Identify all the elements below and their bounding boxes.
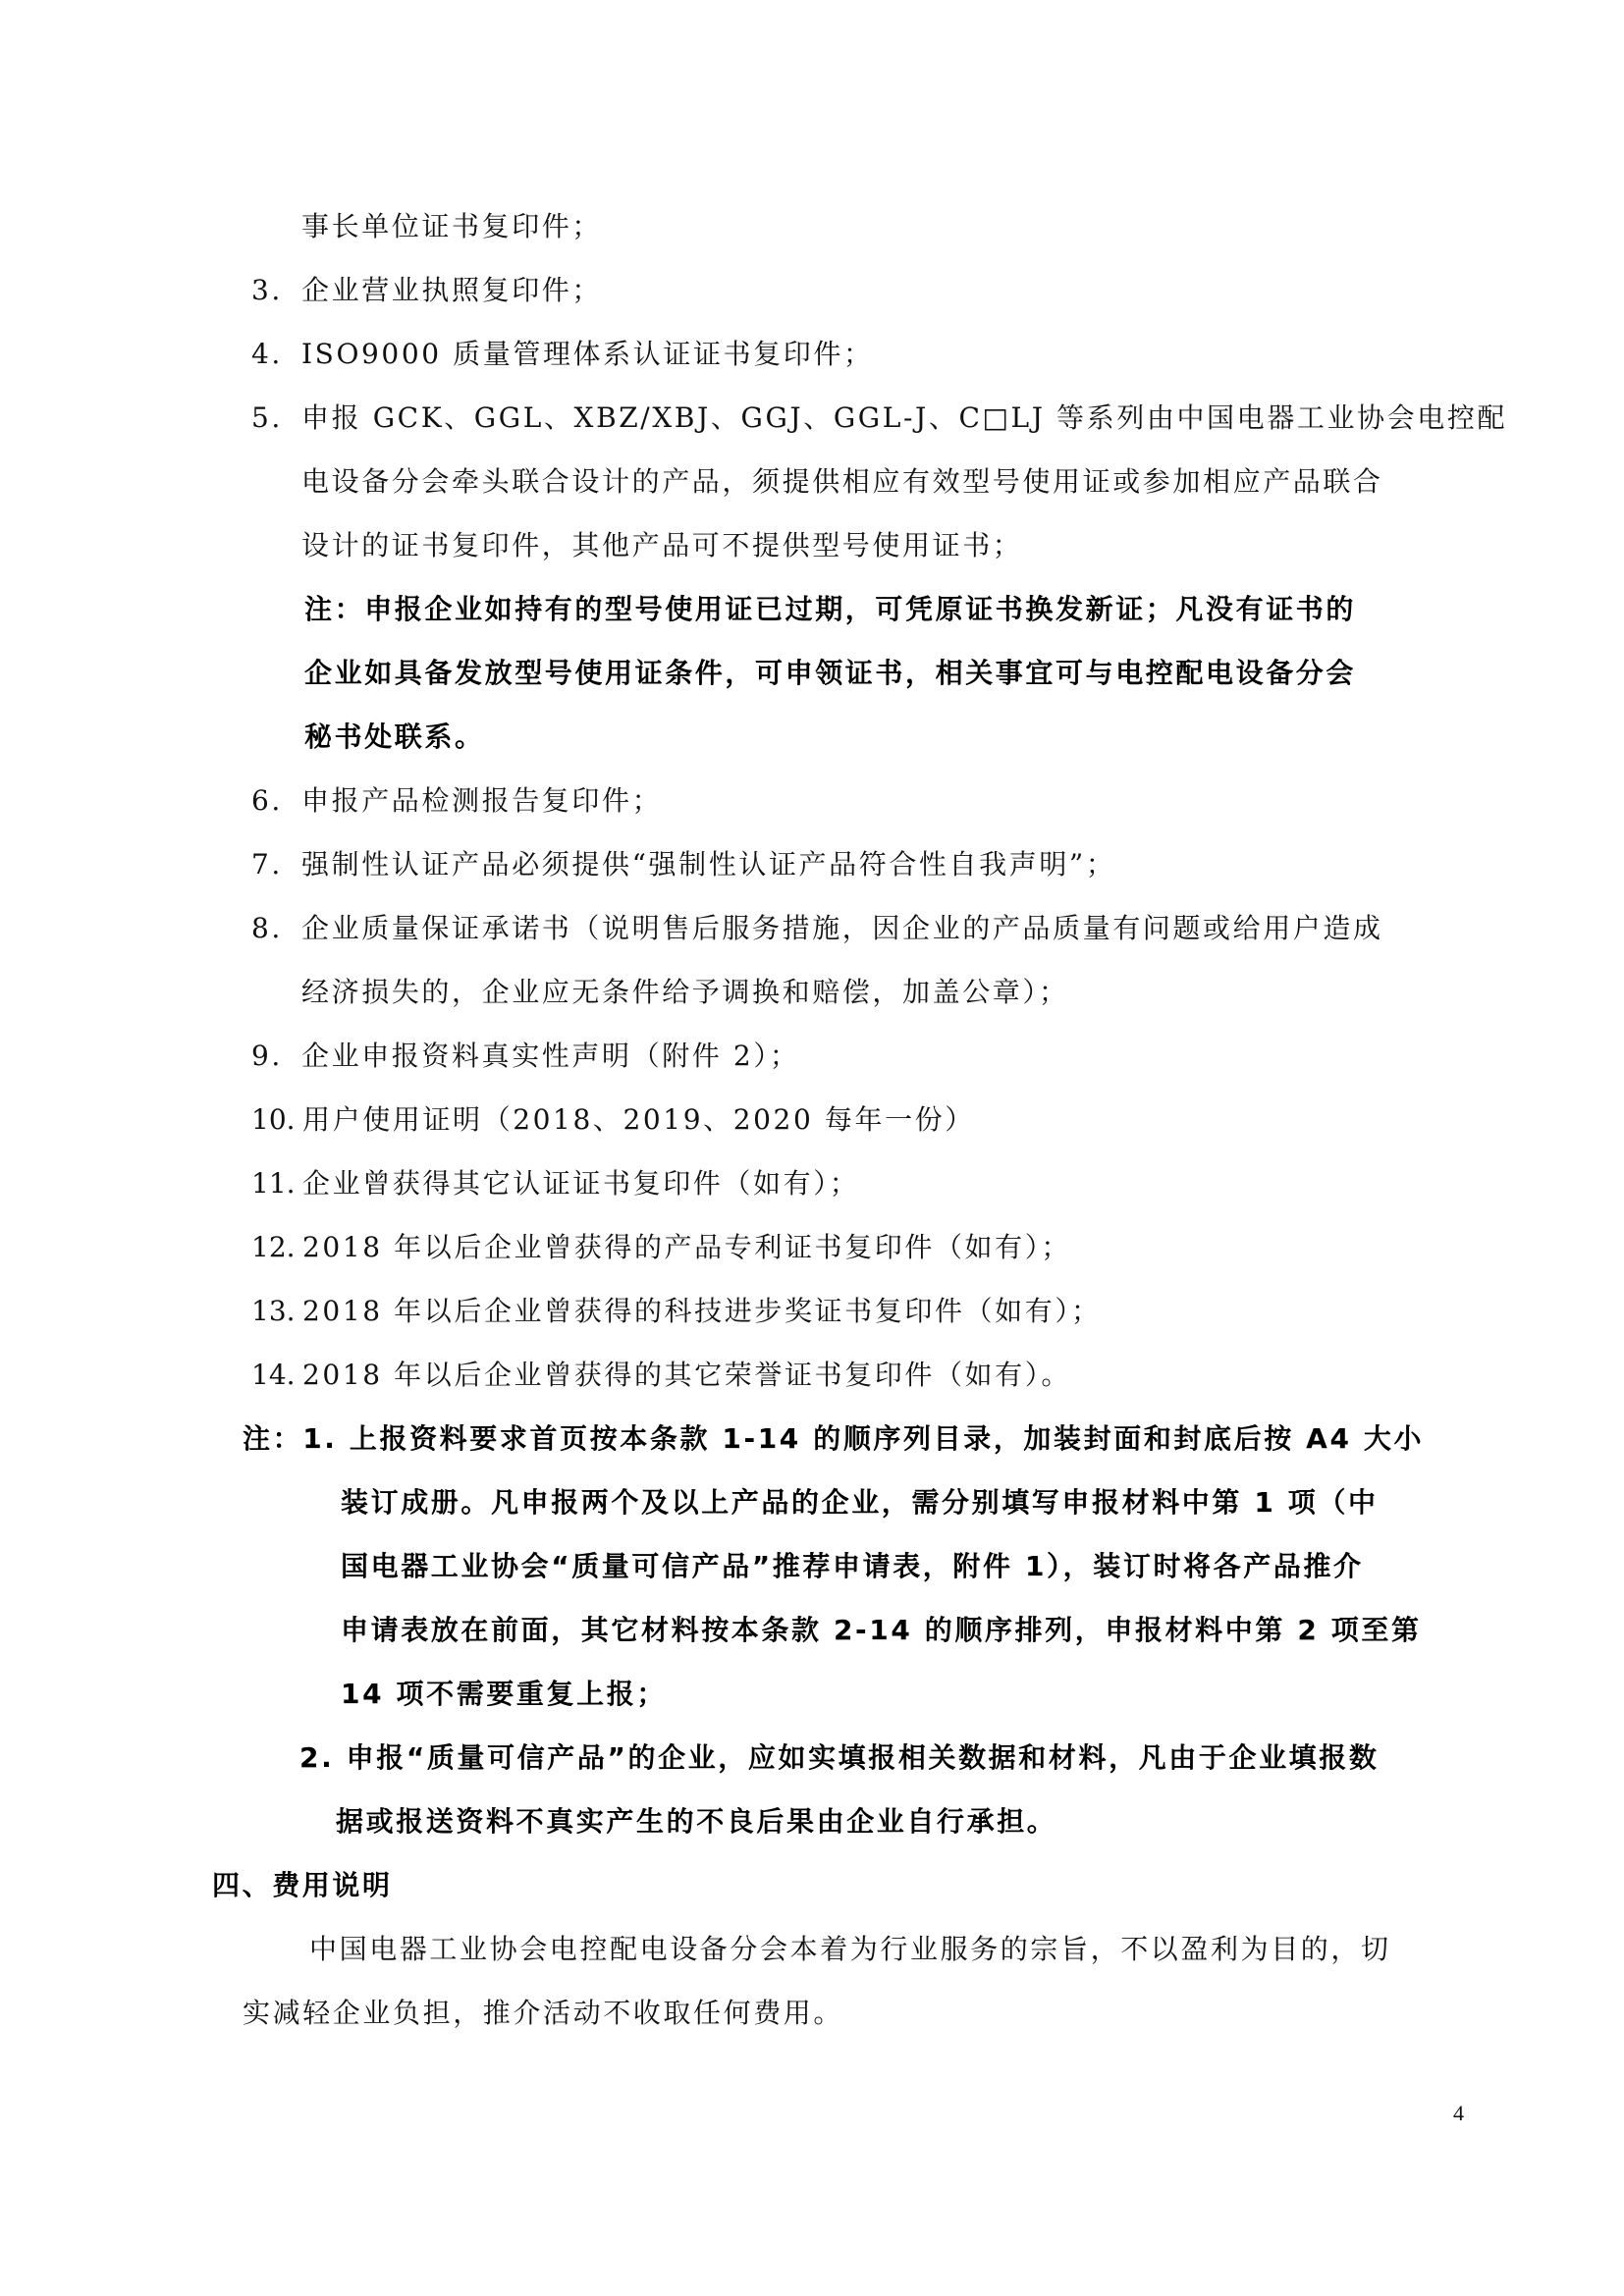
section-paragraph-line-2: 实减轻企业负担，推介活动不收取任何费用。 xyxy=(243,1981,843,2045)
note-prefix: 注： xyxy=(243,1422,302,1455)
list-item-7: 7.强制性认证产品必须提供“强制性认证产品符合性自我声明”； xyxy=(251,832,1115,896)
section-heading: 四、费用说明 xyxy=(212,1853,393,1917)
item-5-note-line-3: 秘书处联系。 xyxy=(304,705,485,769)
item-5-note-line-2: 企业如具备发放型号使用证条件，可申领证书，相关事宜可与电控配电设备分会 xyxy=(304,641,1356,705)
list-item-4: 4.ISO9000 质量管理体系认证证书复印件； xyxy=(251,322,874,386)
item-5-note-line-1: 注：申报企业如持有的型号使用证已过期，可凭原证书换发新证；凡没有证书的 xyxy=(304,577,1356,641)
note-1-line-1: 注：1. 上报资料要求首页按本条款 1-14 的顺序列目录，加装封面和封底后按 … xyxy=(243,1407,1424,1470)
item-number: 9. xyxy=(251,1024,301,1088)
list-item-5: 5.申报 GCK、GGL、XBZ/XBJ、GGJ、GGL-J、C□LJ 等系列由… xyxy=(251,386,1507,450)
list-item-6: 6.申报产品检测报告复印件； xyxy=(251,769,662,832)
item-number: 11. xyxy=(251,1151,302,1215)
item-text: 用户使用证明（2018、2019、2020 每年一份） xyxy=(302,1103,975,1136)
list-item-10: 10.用户使用证明（2018、2019、2020 每年一份） xyxy=(251,1088,975,1151)
list-item-9: 9.企业申报资料真实性声明（附件 2）； xyxy=(251,1024,800,1088)
item-text: 2018 年以后企业曾获得的其它荣誉证书复印件（如有）。 xyxy=(302,1359,1071,1391)
note-1-line-4: 申请表放在前面，其它材料按本条款 2-14 的顺序排列，申报材料中第 2 项至第 xyxy=(341,1598,1422,1662)
item-number: 4. xyxy=(251,322,301,386)
item-number: 6. xyxy=(251,769,301,832)
note-2-line-1: 2. 申报“质量可信产品”的企业，应如实填报相关数据和材料，凡由于企业填报数 xyxy=(299,1726,1379,1789)
list-item-3: 3.企业营业执照复印件； xyxy=(251,258,602,322)
list-item-11: 11.企业曾获得其它认证证书复印件（如有）； xyxy=(251,1151,859,1215)
list-item-8: 8.企业质量保证承诺书（说明售后服务措施，因企业的产品质量有问题或给用户造成 xyxy=(251,896,1383,960)
item-text: 企业曾获得其它认证证书复印件（如有）； xyxy=(302,1167,859,1200)
item-number: 7. xyxy=(251,832,301,896)
item-2-continuation: 事长单位证书复印件； xyxy=(301,194,602,258)
item-text: 2018 年以后企业曾获得的产品专利证书复印件（如有）； xyxy=(302,1231,1071,1263)
item-number: 14. xyxy=(251,1343,302,1407)
item-text: 企业营业执照复印件； xyxy=(301,274,602,306)
item-text: 申报 GCK、GGL、XBZ/XBJ、GGJ、GGL-J、C□LJ 等系列由中国… xyxy=(301,401,1507,434)
list-item-14: 14.2018 年以后企业曾获得的其它荣誉证书复印件（如有）。 xyxy=(251,1343,1071,1407)
item-text: 申报产品检测报告复印件； xyxy=(301,784,662,817)
list-item-5-line-3: 设计的证书复印件，其他产品可不提供型号使用证书； xyxy=(301,513,1022,577)
note-1-line-3: 国电器工业协会“质量可信产品”推荐申请表，附件 1），装订时将各产品推介 xyxy=(341,1534,1364,1598)
note-2-line-2: 据或报送资料不真实产生的不良后果由企业自行承担。 xyxy=(336,1789,1056,1853)
note-1-line-5: 14 项不需要重复上报； xyxy=(341,1662,667,1726)
list-item-8-line-2: 经济损失的，企业应无条件给予调换和赔偿，加盖公章）； xyxy=(301,960,1069,1024)
item-text: ISO9000 质量管理体系认证证书复印件； xyxy=(301,338,874,370)
item-text: 2018 年以后企业曾获得的科技进步奖证书复印件（如有）； xyxy=(302,1295,1102,1327)
item-number: 10. xyxy=(251,1088,302,1151)
item-number: 8. xyxy=(251,896,301,960)
item-text: 企业申报资料真实性声明（附件 2）； xyxy=(301,1040,800,1072)
list-item-12: 12.2018 年以后企业曾获得的产品专利证书复印件（如有）； xyxy=(251,1215,1071,1279)
item-number: 5. xyxy=(251,386,301,450)
item-number: 3. xyxy=(251,258,301,322)
item-number: 13. xyxy=(251,1279,302,1343)
section-paragraph-line-1: 中国电器工业协会电控配电设备分会本着为行业服务的宗旨，不以盈利为目的，切 xyxy=(309,1917,1391,1981)
note-1-line-2: 装订成册。凡申报两个及以上产品的企业，需分别填写申报材料中第 1 项（中 xyxy=(341,1470,1379,1534)
item-text: 强制性认证产品必须提供“强制性认证产品符合性自我声明”； xyxy=(301,848,1115,881)
list-item-13: 13.2018 年以后企业曾获得的科技进步奖证书复印件（如有）； xyxy=(251,1279,1102,1343)
note-1-text: 1. 上报资料要求首页按本条款 1-14 的顺序列目录，加装封面和封底后按 A4… xyxy=(302,1422,1424,1455)
item-text: 企业质量保证承诺书（说明售后服务措施，因企业的产品质量有问题或给用户造成 xyxy=(301,912,1383,944)
list-item-5-line-2: 电设备分会牵头联合设计的产品，须提供相应有效型号使用证或参加相应产品联合 xyxy=(301,450,1383,513)
item-number: 12. xyxy=(251,1215,302,1279)
page-number: 4 xyxy=(1453,2101,1464,2126)
